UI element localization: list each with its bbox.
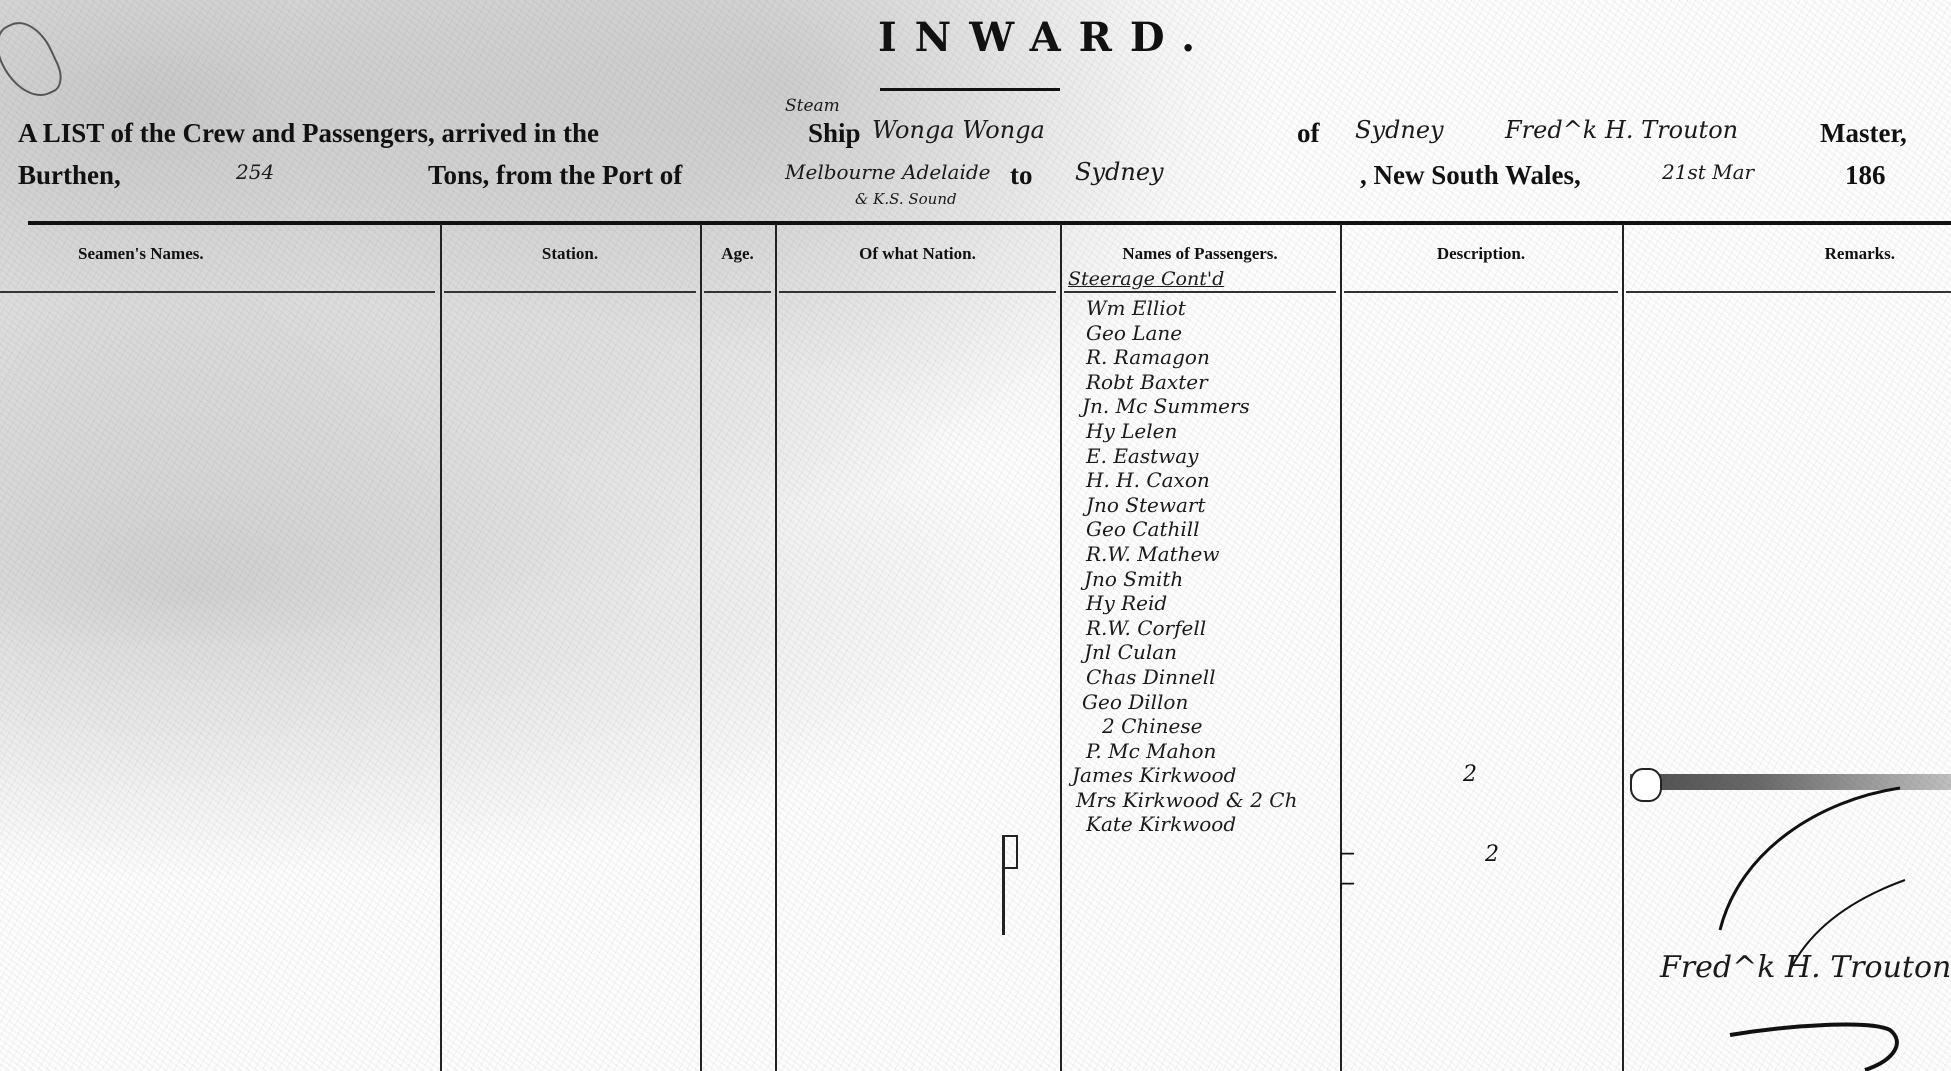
passenger-entry: P. Mc Mahon	[1058, 739, 1348, 764]
passenger-section-label: Steerage Cont'd	[1068, 268, 1224, 290]
ship-label: Ship	[808, 118, 861, 149]
passenger-entry: Chas Dinnell	[1058, 665, 1348, 690]
vessel-type-insert: Steam	[785, 96, 840, 116]
passenger-entry: 2 Chinese	[1058, 714, 1348, 739]
description-mark: 2	[1485, 842, 1499, 867]
column-header-seamens-names: Seamen's Names.	[20, 244, 420, 264]
tons-label: Tons, from the Port of	[428, 160, 682, 191]
passenger-entry: R.W. Mathew	[1058, 542, 1348, 567]
ship-name: Wonga Wonga	[872, 116, 1045, 144]
burthen-label: Burthen,	[18, 160, 121, 191]
passenger-entry: E. Eastway	[1058, 444, 1348, 469]
header-underline	[779, 291, 1056, 293]
column-header-description: Description.	[1340, 244, 1622, 264]
header-underline	[1626, 291, 1951, 293]
passenger-entry: James Kirkwood	[1058, 763, 1348, 788]
title-underline	[880, 88, 1060, 91]
column-header-station: Station.	[440, 244, 700, 264]
passenger-entry: R.W. Corfell	[1058, 616, 1348, 641]
home-port: Sydney	[1355, 116, 1444, 144]
column-header-passengers: Names of Passengers.	[1060, 244, 1340, 264]
arrival-date: 21st Mar	[1662, 160, 1754, 184]
passenger-entry: Geo Lane	[1058, 321, 1348, 346]
passenger-entry: Kate Kirkwood	[1058, 812, 1348, 837]
from-port-line2: & K.S. Sound	[855, 190, 957, 208]
header-underline	[1344, 291, 1618, 293]
of-label: of	[1297, 118, 1320, 149]
master-name: Fred^k H. Trouton	[1505, 116, 1738, 144]
to-label: to	[1010, 160, 1033, 191]
year-prefix: 186	[1845, 160, 1886, 191]
master-label: Master,	[1820, 118, 1907, 149]
passenger-entry: Jn. Mc Summers	[1058, 394, 1348, 419]
nsw-label: , New South Wales,	[1360, 160, 1581, 191]
to-port: Sydney	[1075, 158, 1164, 186]
passenger-entry: Mrs Kirkwood & 2 Ch	[1058, 788, 1348, 813]
column-divider	[775, 224, 777, 1071]
signature-flourish-icon	[1640, 780, 1951, 1071]
passenger-entry: Jno Stewart	[1058, 493, 1348, 518]
header-underline	[704, 291, 771, 293]
column-divider	[1622, 224, 1624, 1071]
header-list-prefix: A LIST of the Crew and Passengers, arriv…	[18, 118, 599, 149]
passenger-entry: R. Ramagon	[1058, 345, 1348, 370]
column-divider	[700, 224, 702, 1071]
passenger-entry: Hy Lelen	[1058, 419, 1348, 444]
passenger-entry: Jno Smith	[1058, 567, 1348, 592]
column-divider	[440, 224, 442, 1071]
master-signature: Fred^k H. Trouton	[1660, 950, 1951, 985]
table-top-rule	[28, 221, 1951, 225]
passenger-entry: H. H. Caxon	[1058, 468, 1348, 493]
passenger-entry: Robt Baxter	[1058, 370, 1348, 395]
passenger-entry: Jnl Culan	[1058, 640, 1348, 665]
passenger-entry: Wm Elliot	[1058, 296, 1348, 321]
description-mark: 2	[1463, 762, 1477, 787]
column-header-age: Age.	[700, 244, 775, 264]
from-port: Melbourne Adelaide	[785, 160, 991, 184]
passenger-list: Wm Elliot Geo Lane R. Ramagon Robt Baxte…	[1058, 296, 1348, 837]
column-header-remarks: Remarks.	[1622, 244, 1951, 264]
burthen-value: 254	[236, 160, 274, 184]
bracket-mark: ⌐	[1338, 843, 1356, 868]
bracket-mark: ⌐	[1338, 873, 1356, 898]
passenger-entry: Geo Dillon	[1058, 690, 1348, 715]
ink-mark	[1002, 835, 1018, 869]
passenger-entry: Geo Cathill	[1058, 517, 1348, 542]
passenger-entry: Hy Reid	[1058, 591, 1348, 616]
header-underline	[444, 291, 696, 293]
header-underline	[0, 291, 435, 293]
header-underline	[1064, 291, 1336, 293]
column-header-nation: Of what Nation.	[775, 244, 1060, 264]
document-title: INWARD.	[0, 14, 1951, 61]
